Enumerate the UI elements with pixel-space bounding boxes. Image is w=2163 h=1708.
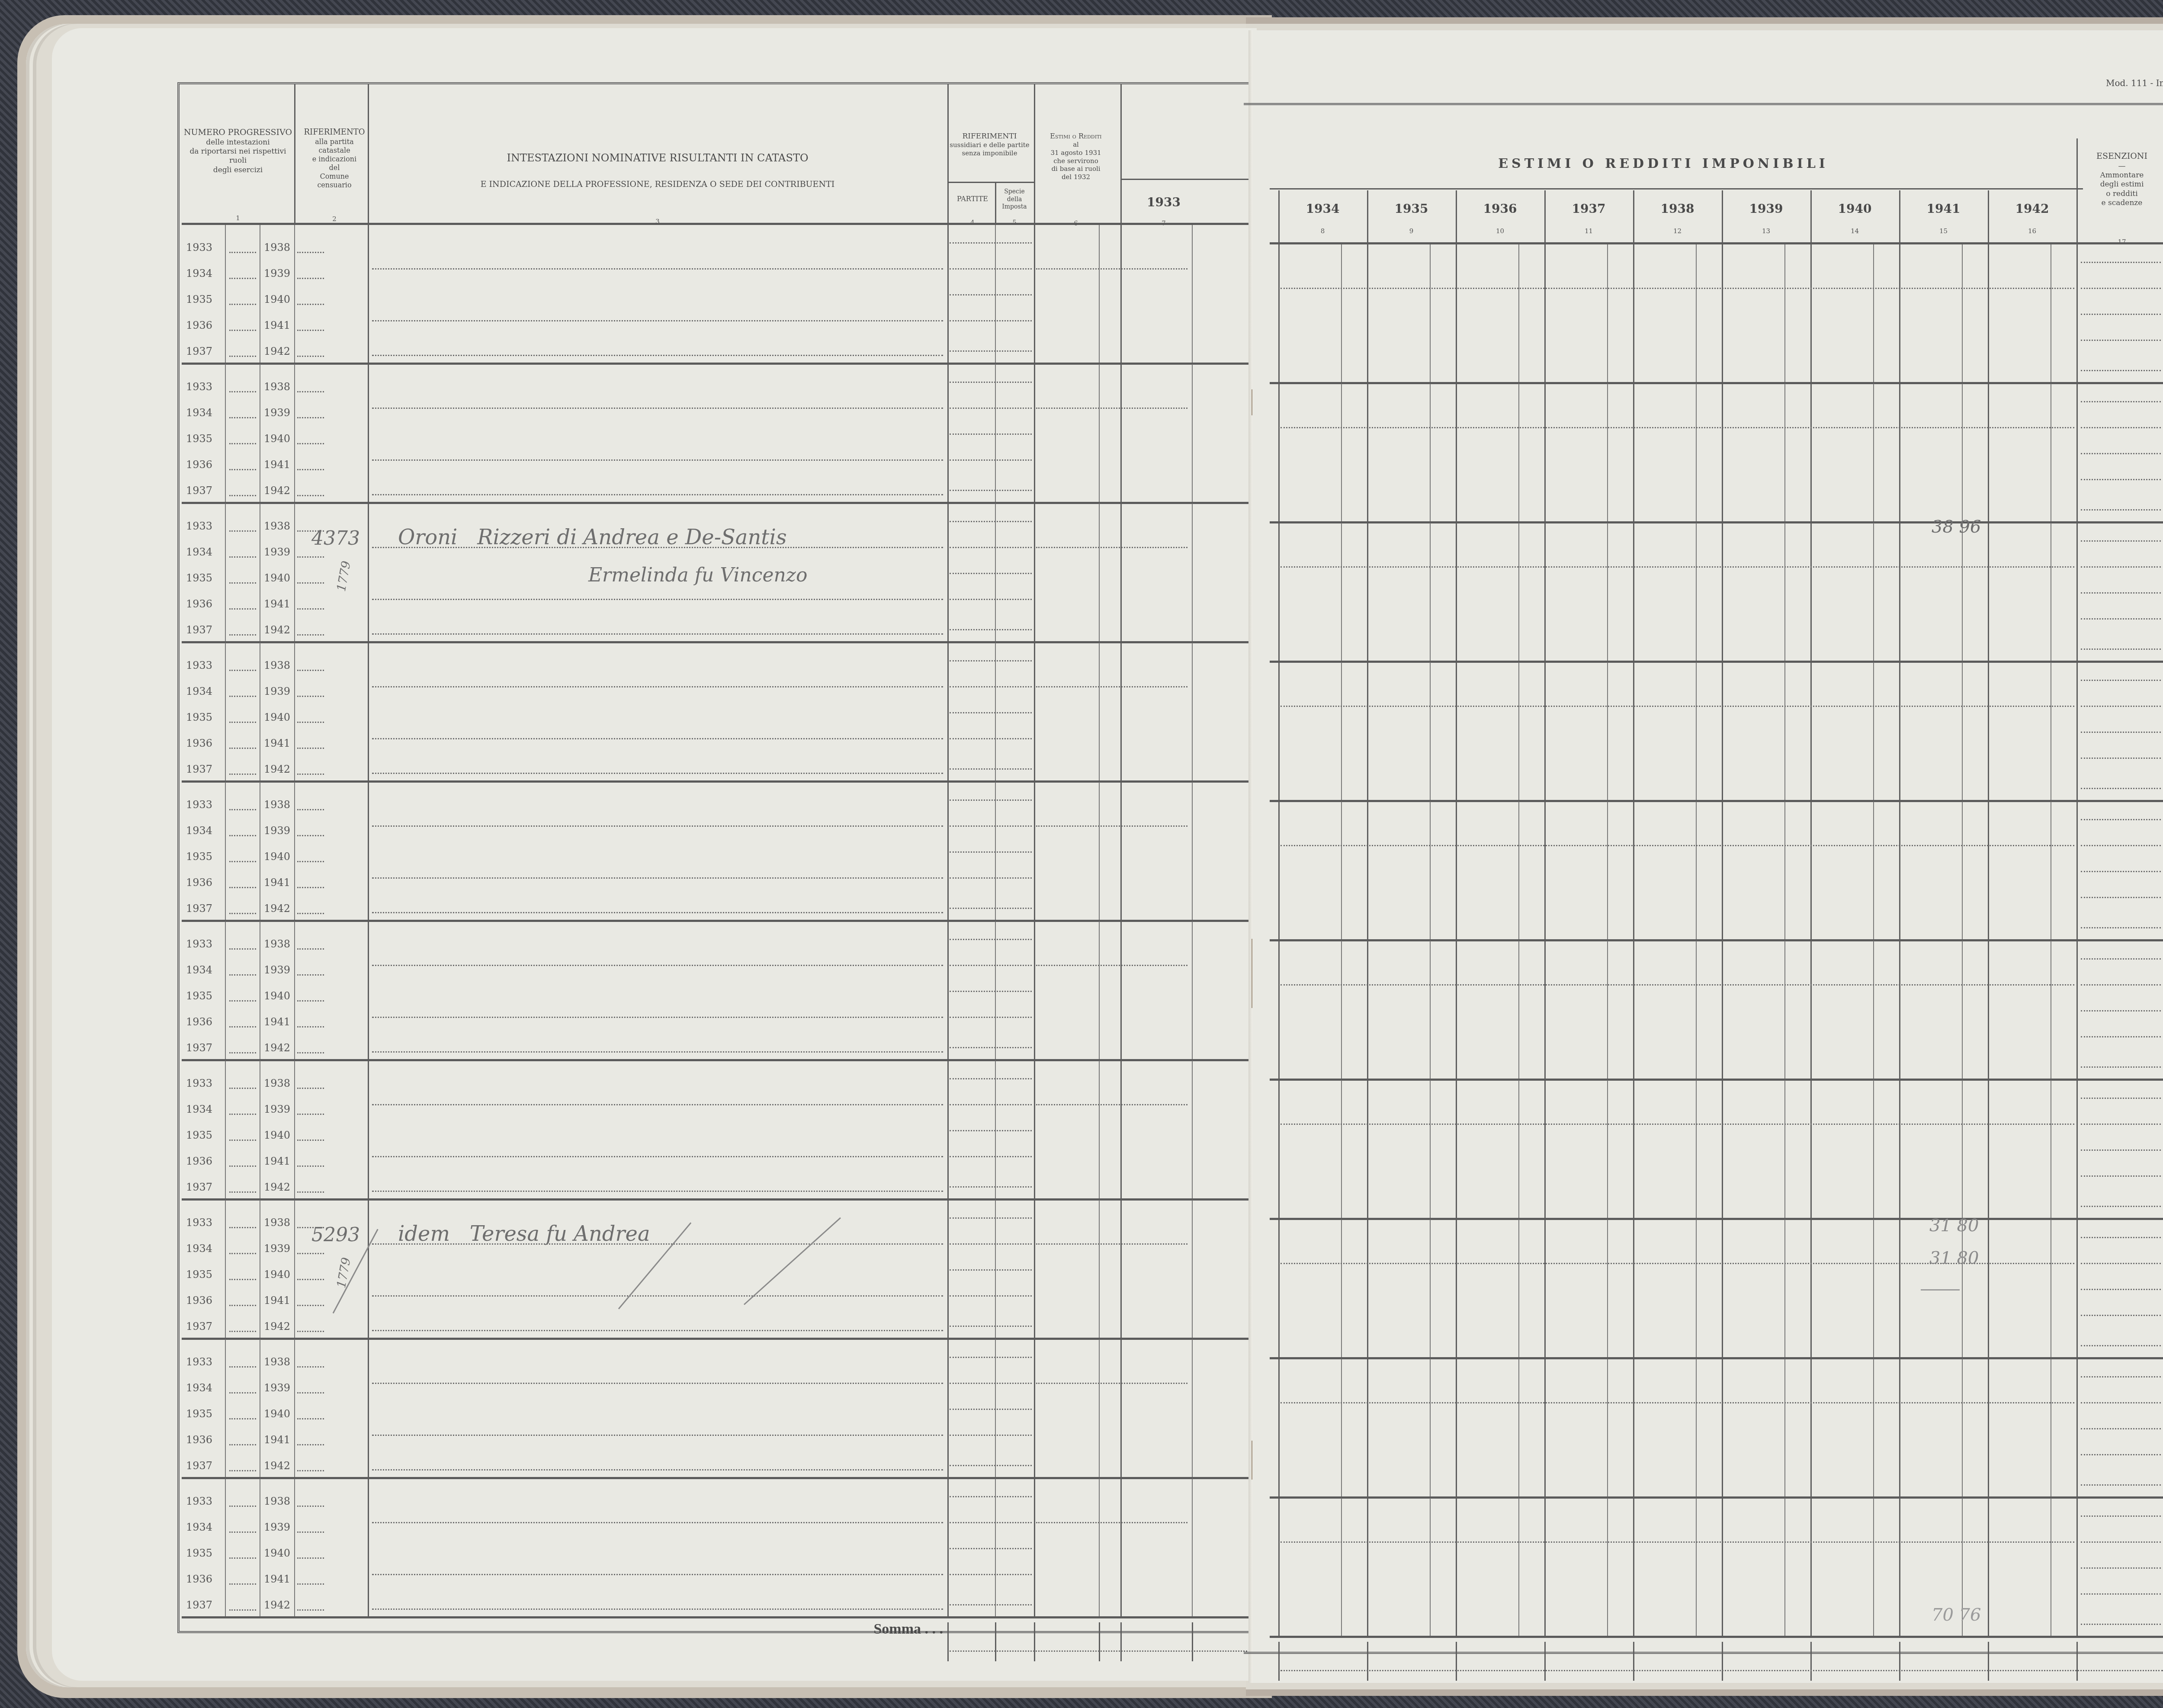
sum-blank[interactable]: [950, 1650, 1252, 1652]
cents-divider: [1607, 1220, 1608, 1359]
dotted-blank[interactable]: [950, 660, 1032, 661]
column-divider: [1278, 1498, 1280, 1637]
dotted-blank[interactable]: [229, 948, 256, 950]
dotted-blank[interactable]: [297, 974, 324, 976]
dotted-blank[interactable]: [297, 1052, 324, 1053]
dotted-blank[interactable]: [950, 1604, 1032, 1605]
exemption-line[interactable]: [2081, 1541, 2161, 1543]
column-divider: [1988, 1220, 1989, 1359]
dotted-blank[interactable]: [950, 1217, 1032, 1219]
dotted-blank[interactable]: [229, 1088, 256, 1089]
dotted-blank[interactable]: [950, 1047, 1032, 1048]
cents-divider: [1962, 1359, 1963, 1498]
year-label: 1938: [264, 659, 290, 671]
name-line[interactable]: [372, 320, 943, 321]
entry-bottom-rule: [182, 363, 1259, 365]
exemption-line[interactable]: [2081, 618, 2161, 620]
cents-divider: [1696, 384, 1697, 523]
dotted-blank[interactable]: [297, 469, 324, 470]
dotted-blank[interactable]: [229, 252, 256, 253]
dotted-blank[interactable]: [297, 887, 324, 888]
value-line[interactable]: [1280, 1124, 2074, 1125]
column-divider: [2076, 384, 2078, 523]
dotted-blank[interactable]: [950, 408, 1032, 409]
column-divider: [1633, 662, 1634, 802]
exemption-line[interactable]: [2081, 401, 2161, 402]
dotted-blank[interactable]: [229, 469, 256, 470]
dotted-blank[interactable]: [229, 1191, 256, 1193]
dotted-blank[interactable]: [229, 722, 256, 723]
exemption-line[interactable]: [2081, 262, 2161, 263]
exemption-line[interactable]: [2081, 1376, 2161, 1377]
dotted-blank[interactable]: [229, 913, 256, 914]
dotted-blank[interactable]: [297, 696, 324, 697]
dotted-blank[interactable]: [950, 242, 1032, 244]
dotted-blank[interactable]: [229, 278, 256, 279]
dotted-blank[interactable]: [229, 330, 256, 331]
dotted-blank[interactable]: [229, 1305, 256, 1306]
dotted-blank[interactable]: [297, 1026, 324, 1027]
header-col17: ESENZIONI — Ammontare degli estimi o red…: [2083, 151, 2161, 208]
dotted-blank[interactable]: [297, 356, 324, 357]
year-column-header: 1934: [1278, 201, 1367, 216]
exemption-line[interactable]: [2081, 1428, 2161, 1429]
dotted-blank[interactable]: [950, 1496, 1032, 1497]
dotted-blank[interactable]: [229, 809, 256, 810]
dotted-blank[interactable]: [950, 908, 1032, 909]
dotted-blank[interactable]: [297, 556, 324, 558]
dotted-blank[interactable]: [297, 1253, 324, 1254]
dotted-blank[interactable]: [229, 1000, 256, 1002]
dotted-blank[interactable]: [1036, 1383, 1187, 1384]
dotted-blank[interactable]: [297, 1531, 324, 1533]
col-number-17: 17: [2083, 238, 2161, 246]
year-label: 1937: [186, 763, 212, 775]
exemption-line[interactable]: [2081, 758, 2161, 759]
dotted-blank[interactable]: [297, 1506, 324, 1507]
dotted-blank[interactable]: [950, 712, 1032, 713]
year-label: 1935: [186, 1547, 212, 1559]
exemption-line[interactable]: [2081, 370, 2161, 371]
value-line[interactable]: [1280, 845, 2074, 846]
dotted-blank[interactable]: [950, 1574, 1032, 1575]
column-divider: [1544, 941, 1546, 1080]
dotted-blank[interactable]: [229, 887, 256, 888]
dotted-blank[interactable]: [950, 1409, 1032, 1410]
dotted-blank[interactable]: [950, 686, 1032, 687]
dotted-blank[interactable]: [229, 530, 256, 532]
dotted-blank[interactable]: [950, 382, 1032, 383]
exemption-line[interactable]: [2081, 706, 2161, 707]
dotted-blank[interactable]: [229, 670, 256, 671]
year-label: 1935: [186, 1408, 212, 1420]
dotted-blank[interactable]: [950, 1548, 1032, 1549]
column-divider: [1367, 1359, 1368, 1498]
exemption-line[interactable]: [2081, 1567, 2161, 1569]
exemption-line[interactable]: [2081, 1206, 2161, 1207]
exemption-line[interactable]: [2081, 732, 2161, 733]
name-line[interactable]: [372, 1469, 943, 1470]
dotted-blank[interactable]: [229, 1418, 256, 1419]
dotted-blank[interactable]: [950, 459, 1032, 461]
dotted-blank[interactable]: [229, 1052, 256, 1053]
dotted-blank[interactable]: [229, 417, 256, 418]
exemption-line[interactable]: [2081, 288, 2161, 289]
dotted-blank[interactable]: [950, 268, 1032, 270]
dotted-blank[interactable]: [229, 696, 256, 697]
exemption-line[interactable]: [2081, 509, 2161, 510]
exemption-line[interactable]: [2081, 1010, 2161, 1011]
group-title: ESTIMI O REDDITI IMPONIBILI: [1425, 156, 1901, 172]
name-line[interactable]: [372, 268, 943, 270]
dotted-blank[interactable]: [1036, 1243, 1187, 1245]
dotted-blank[interactable]: [229, 356, 256, 357]
dotted-blank[interactable]: [1036, 268, 1187, 270]
name-line[interactable]: [372, 965, 943, 966]
dotted-blank[interactable]: [950, 1078, 1032, 1079]
exemption-line[interactable]: [2081, 314, 2161, 315]
column-divider: [294, 1479, 295, 1618]
dotted-blank[interactable]: [297, 278, 324, 279]
exemption-line[interactable]: [2081, 427, 2161, 428]
dotted-blank[interactable]: [950, 877, 1032, 879]
dotted-blank[interactable]: [229, 1140, 256, 1141]
cents-divider: [1341, 1359, 1342, 1498]
exemption-line[interactable]: [2081, 1175, 2161, 1177]
exemption-line[interactable]: [2081, 1345, 2161, 1346]
name-line[interactable]: [372, 825, 943, 827]
taxpayer-name: Oroni Rizzeri di Andrea e De-Santis: [398, 525, 787, 549]
dotted-blank[interactable]: [950, 1465, 1032, 1466]
dotted-blank[interactable]: [229, 1227, 256, 1228]
dotted-blank[interactable]: [950, 965, 1032, 966]
exemption-line[interactable]: [2081, 1402, 2161, 1403]
dotted-blank[interactable]: [297, 722, 324, 723]
exemption-line[interactable]: [2081, 340, 2161, 341]
name-line[interactable]: [372, 1017, 943, 1018]
dotted-blank[interactable]: [297, 861, 324, 862]
exemption-line[interactable]: [2081, 1515, 2161, 1517]
dotted-blank[interactable]: [950, 1295, 1032, 1297]
exemption-line[interactable]: [2081, 1484, 2161, 1486]
header-divider: [947, 84, 949, 225]
exemption-line[interactable]: [2081, 897, 2161, 898]
exemption-line[interactable]: [2081, 1237, 2161, 1238]
year-label: 1934: [186, 1103, 212, 1115]
dotted-blank[interactable]: [950, 799, 1032, 801]
dotted-blank[interactable]: [1036, 1104, 1187, 1105]
column-divider: [225, 1339, 226, 1479]
year-label: 1937: [186, 624, 212, 636]
name-line[interactable]: [372, 599, 943, 600]
dotted-blank[interactable]: [229, 1583, 256, 1585]
dotted-blank[interactable]: [229, 391, 256, 392]
name-line[interactable]: [372, 686, 943, 687]
dotted-blank[interactable]: [950, 768, 1032, 770]
name-line[interactable]: [372, 1608, 943, 1610]
column-divider: [1544, 1498, 1546, 1637]
name-line[interactable]: [372, 912, 943, 913]
value-line[interactable]: [1280, 984, 2074, 986]
exemption-line[interactable]: [2081, 1593, 2161, 1595]
value-line[interactable]: [1280, 427, 2074, 428]
dotted-blank[interactable]: [950, 1156, 1032, 1157]
dotted-blank[interactable]: [297, 1366, 324, 1368]
cents-divider: [1784, 523, 1785, 662]
name-line[interactable]: [372, 1051, 943, 1053]
exemption-line[interactable]: [2081, 1624, 2161, 1625]
dotted-blank[interactable]: [1036, 547, 1187, 548]
name-line[interactable]: [372, 1156, 943, 1157]
value-line[interactable]: [1280, 706, 2074, 707]
exemption-line[interactable]: [2081, 592, 2161, 594]
dotted-blank[interactable]: [1036, 825, 1187, 827]
dotted-blank[interactable]: [229, 556, 256, 558]
cents-divider: [1341, 384, 1342, 523]
year-label: 1941: [264, 1155, 290, 1167]
year-label: 1933: [186, 659, 212, 671]
dotted-blank[interactable]: [229, 974, 256, 976]
dotted-blank[interactable]: [229, 861, 256, 862]
value-line[interactable]: [1280, 1402, 2074, 1403]
right-page: Mod. 111 - Imposte Dirette (Intercalare)…: [1252, 30, 2163, 1683]
dotted-blank[interactable]: [297, 1191, 324, 1193]
dotted-blank[interactable]: [229, 634, 256, 636]
column-divider: [1722, 662, 1723, 802]
dotted-blank[interactable]: [950, 547, 1032, 548]
dotted-blank[interactable]: [950, 573, 1032, 574]
name-line[interactable]: [372, 1383, 943, 1384]
exemption-line[interactable]: [2081, 1066, 2161, 1068]
dotted-blank[interactable]: [297, 252, 324, 253]
dotted-blank[interactable]: [950, 490, 1032, 491]
dotted-blank[interactable]: [950, 1522, 1032, 1523]
dotted-blank[interactable]: [297, 1165, 324, 1167]
value-line[interactable]: [1280, 566, 2074, 568]
exemption-line[interactable]: [2081, 680, 2161, 681]
exemption-line[interactable]: [2081, 1315, 2161, 1316]
dotted-blank[interactable]: [229, 1392, 256, 1393]
exemption-line[interactable]: [2081, 479, 2161, 480]
dotted-blank[interactable]: [297, 582, 324, 584]
dotted-blank[interactable]: [297, 443, 324, 444]
dotted-blank[interactable]: [950, 433, 1032, 435]
dotted-blank[interactable]: [229, 748, 256, 749]
dotted-blank[interactable]: [297, 913, 324, 914]
dotted-blank[interactable]: [229, 1026, 256, 1027]
dotted-blank[interactable]: [950, 1017, 1032, 1018]
dotted-blank[interactable]: [229, 495, 256, 496]
exemption-line[interactable]: [2081, 845, 2161, 846]
name-line[interactable]: [372, 633, 943, 635]
dotted-blank[interactable]: [950, 1243, 1032, 1245]
sum-blank[interactable]: [1280, 1670, 2163, 1671]
year-label: 1941: [264, 598, 290, 610]
dotted-blank[interactable]: [229, 304, 256, 305]
dotted-blank[interactable]: [229, 1114, 256, 1115]
dotted-blank[interactable]: [950, 1357, 1032, 1358]
dotted-blank[interactable]: [950, 738, 1032, 739]
dotted-blank[interactable]: [950, 294, 1032, 295]
dotted-blank[interactable]: [297, 1470, 324, 1471]
column-divider: [1810, 1220, 1812, 1359]
dotted-blank[interactable]: [950, 1326, 1032, 1327]
dotted-blank[interactable]: [950, 1186, 1032, 1188]
exemption-line[interactable]: [2081, 927, 2161, 928]
dotted-blank[interactable]: [1036, 1522, 1187, 1523]
exemption-line[interactable]: [2081, 984, 2161, 986]
exemption-line[interactable]: [2081, 1454, 2161, 1455]
dotted-blank[interactable]: [950, 629, 1032, 630]
dotted-blank[interactable]: [297, 835, 324, 836]
sum-divider: [2076, 1642, 2078, 1681]
dotted-blank[interactable]: [950, 939, 1032, 940]
dotted-blank[interactable]: [229, 1444, 256, 1445]
dotted-blank[interactable]: [297, 670, 324, 671]
column-divider: [1099, 1061, 1100, 1200]
dotted-blank[interactable]: [229, 1279, 256, 1280]
dotted-blank[interactable]: [297, 1609, 324, 1611]
dotted-blank[interactable]: [297, 748, 324, 749]
name-line[interactable]: [372, 1295, 943, 1297]
dotted-blank[interactable]: [229, 1366, 256, 1368]
dotted-blank[interactable]: [297, 1140, 324, 1141]
dotted-blank[interactable]: [1036, 686, 1187, 687]
dotted-blank[interactable]: [950, 1130, 1032, 1131]
entry-bottom-rule: [182, 1616, 1259, 1618]
exemption-line[interactable]: [2081, 1263, 2161, 1264]
dotted-blank[interactable]: [297, 1088, 324, 1089]
dotted-blank[interactable]: [950, 599, 1032, 600]
dotted-blank[interactable]: [950, 825, 1032, 827]
dotted-blank[interactable]: [229, 1331, 256, 1332]
exemption-line[interactable]: [2081, 958, 2161, 960]
exemption-line[interactable]: [2081, 1098, 2161, 1099]
name-line[interactable]: [372, 355, 943, 356]
column-divider: [1722, 802, 1723, 941]
dotted-blank[interactable]: [950, 521, 1032, 522]
exemption-line[interactable]: [2081, 649, 2161, 650]
header-bottom-rule: [182, 223, 1259, 225]
column-divider: [294, 1339, 295, 1479]
dotted-blank[interactable]: [297, 391, 324, 392]
dotted-blank[interactable]: [229, 1470, 256, 1471]
dotted-blank[interactable]: [950, 1383, 1032, 1384]
column-divider: [1192, 921, 1193, 1061]
dotted-blank[interactable]: [297, 1279, 324, 1280]
exemption-line[interactable]: [2081, 871, 2161, 872]
exemption-line[interactable]: [2081, 1036, 2161, 1037]
cents-divider: [1784, 244, 1785, 384]
year-label: 1940: [264, 1408, 290, 1420]
dotted-blank[interactable]: [297, 1444, 324, 1445]
name-line[interactable]: [372, 408, 943, 409]
name-line[interactable]: [372, 773, 943, 774]
dotted-blank[interactable]: [297, 1305, 324, 1306]
exemption-line[interactable]: [2081, 453, 2161, 454]
dotted-blank[interactable]: [297, 809, 324, 810]
dotted-blank[interactable]: [229, 1557, 256, 1559]
name-line[interactable]: [372, 1330, 943, 1331]
dotted-blank[interactable]: [229, 608, 256, 610]
name-line[interactable]: [372, 1435, 943, 1436]
name-line[interactable]: [372, 1104, 943, 1105]
dotted-blank[interactable]: [297, 304, 324, 305]
exemption-line[interactable]: [2081, 566, 2161, 568]
value-line[interactable]: [1280, 1541, 2074, 1543]
dotted-blank[interactable]: [229, 1253, 256, 1254]
value-line[interactable]: [1280, 288, 2074, 289]
dotted-blank[interactable]: [229, 1165, 256, 1167]
exemption-line[interactable]: [2081, 540, 2161, 542]
exemption-line[interactable]: [2081, 1124, 2161, 1125]
dotted-blank[interactable]: [950, 991, 1032, 992]
dotted-blank[interactable]: [229, 582, 256, 584]
dotted-blank[interactable]: [950, 1104, 1032, 1105]
exemption-line[interactable]: [2081, 788, 2161, 789]
dotted-blank[interactable]: [297, 330, 324, 331]
column-divider: [1034, 1479, 1035, 1618]
name-line[interactable]: [372, 1522, 943, 1523]
dotted-blank[interactable]: [229, 1531, 256, 1533]
dotted-blank[interactable]: [950, 851, 1032, 853]
name-line[interactable]: [372, 494, 943, 495]
name-line[interactable]: [372, 1574, 943, 1575]
dotted-blank[interactable]: [297, 608, 324, 610]
dotted-blank[interactable]: [950, 320, 1032, 321]
dotted-blank[interactable]: [229, 1609, 256, 1611]
dotted-blank[interactable]: [297, 1557, 324, 1559]
exemption-line[interactable]: [2081, 819, 2161, 820]
dotted-blank[interactable]: [297, 495, 324, 496]
sum-divider: [1456, 1642, 1457, 1681]
dotted-blank[interactable]: [229, 774, 256, 775]
dotted-blank[interactable]: [297, 1583, 324, 1585]
dotted-blank[interactable]: [297, 1000, 324, 1002]
exemption-line[interactable]: [2081, 1149, 2161, 1151]
name-line[interactable]: [372, 1191, 943, 1192]
dotted-blank[interactable]: [297, 1114, 324, 1115]
cents-divider: [1430, 523, 1431, 662]
dotted-blank[interactable]: [229, 443, 256, 444]
col-number-2: 2: [302, 215, 367, 223]
name-line[interactable]: [372, 738, 943, 739]
year-label: 1936: [186, 737, 212, 749]
header-sub-rule: [947, 182, 1034, 183]
entry-bottom-rule: [182, 1338, 1259, 1340]
dotted-blank[interactable]: [229, 835, 256, 836]
dotted-blank[interactable]: [297, 1418, 324, 1419]
dotted-blank[interactable]: [297, 774, 324, 775]
dotted-blank[interactable]: [950, 1269, 1032, 1271]
dotted-blank[interactable]: [1036, 408, 1187, 409]
dotted-blank[interactable]: [297, 1331, 324, 1332]
column-divider: [947, 643, 949, 782]
exemption-line[interactable]: [2081, 1289, 2161, 1290]
column-divider: [294, 225, 295, 364]
dotted-blank[interactable]: [297, 948, 324, 950]
dotted-blank[interactable]: [1036, 965, 1187, 966]
dotted-blank[interactable]: [950, 350, 1032, 352]
dotted-blank[interactable]: [950, 1435, 1032, 1436]
name-line[interactable]: [372, 877, 943, 879]
dotted-blank[interactable]: [297, 1392, 324, 1393]
dotted-blank[interactable]: [297, 634, 324, 636]
name-line[interactable]: [372, 459, 943, 461]
dotted-blank[interactable]: [229, 1506, 256, 1507]
dotted-blank[interactable]: [297, 417, 324, 418]
column-divider: [1367, 1220, 1368, 1359]
